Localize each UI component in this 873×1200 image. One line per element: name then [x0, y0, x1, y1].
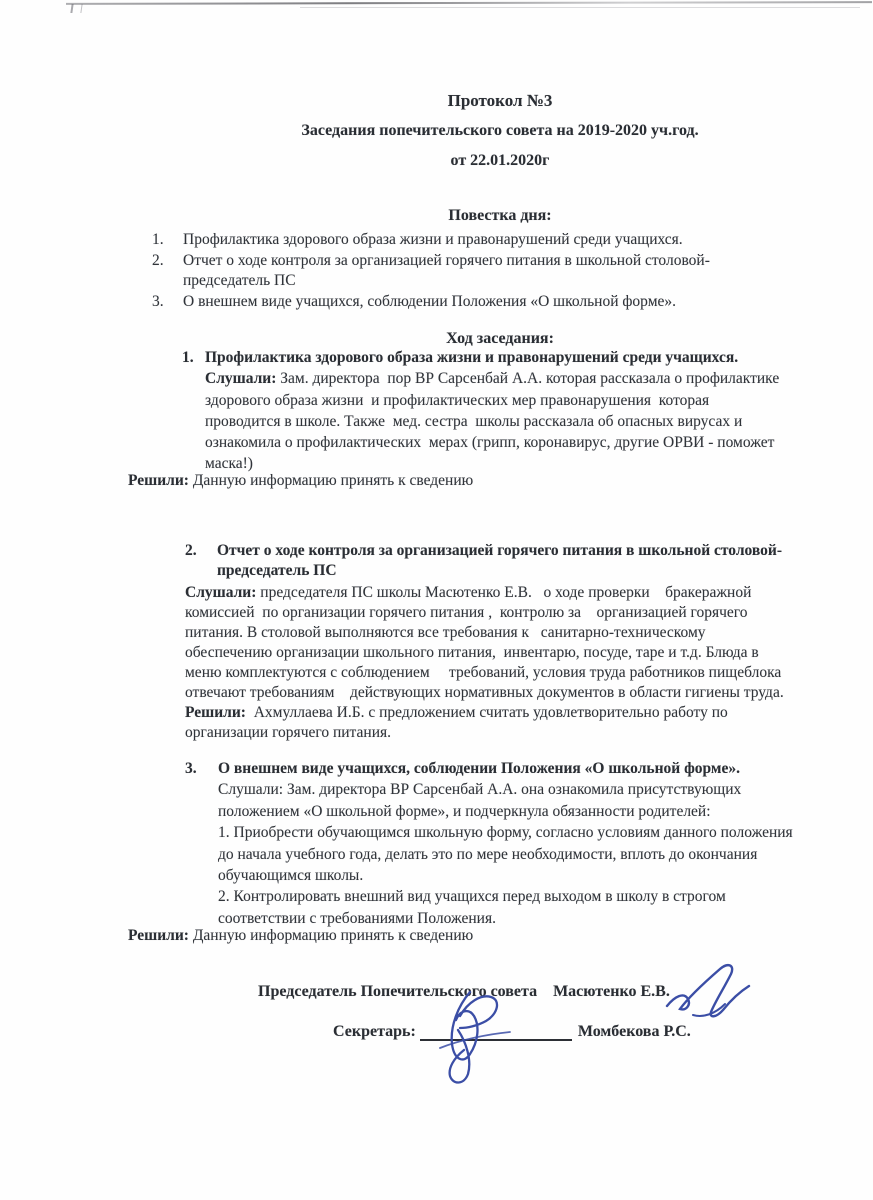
- agenda-item-2-number: 2.: [152, 251, 164, 272]
- chairman-label: Председатель Попечительского совета: [258, 983, 537, 1000]
- agenda-item-3: 3. О внешнем виде учащихся, соблюдении П…: [152, 292, 842, 313]
- agenda-heading: Повестка дня:: [130, 207, 870, 225]
- section-1-listened-paragraph: Слушали: Зам. директора пор ВР Сарсенбай…: [182, 368, 832, 474]
- section-3-decision: Решили: Данную информацию принять к свед…: [128, 927, 473, 945]
- agenda-item-3-text: О внешнем виде учащихся, соблюдении Поло…: [183, 293, 676, 310]
- proceedings-section-3: 3. О внешнем виде учащихся, соблюдении П…: [185, 758, 837, 929]
- secretary-signature-line: [420, 1021, 572, 1041]
- proceedings-heading: Ход заседания:: [130, 330, 870, 348]
- agenda-item-2: 2. Отчет о ходе контроля за организацией…: [152, 251, 842, 292]
- section-2-number: 2.: [185, 541, 197, 561]
- section-2-title: 2. Отчет о ходе контроля за организацией…: [185, 541, 840, 581]
- agenda-list: 1. Профилактика здорового образа жизни и…: [152, 230, 842, 312]
- scanned-protocol-page: Протокол №3 Заседания попечительского со…: [0, 0, 873, 1200]
- scan-artifact-top-line-2: [300, 7, 860, 8]
- section-3-title: 3. О внешнем виде учащихся, соблюдении П…: [185, 758, 837, 779]
- document-header: Протокол №3 Заседания попечительского со…: [130, 91, 870, 171]
- secretary-label: Секретарь:: [333, 1023, 416, 1041]
- scan-artifact-top-line: [66, 1, 872, 5]
- section-2-body-paragraph: Слушали: председателя ПС школы Масютенко…: [185, 583, 840, 743]
- section-3-number: 3.: [185, 758, 197, 779]
- scan-artifact-mark: [70, 4, 82, 13]
- section-1-decided-text: Данную информацию принять к сведению: [189, 472, 473, 489]
- section-3-decided-label: Решили:: [128, 927, 189, 944]
- section-1-listened-text: Зам. директора пор ВР Сарсенбай А.А. кот…: [205, 370, 779, 472]
- section-1-decision: Решили: Данную информацию принять к свед…: [128, 472, 473, 490]
- chairman-signature-row: Председатель Попечительского совета Масю…: [258, 983, 670, 1001]
- section-2-title-text: Отчет о ходе контроля за организацией го…: [217, 542, 782, 579]
- secretary-name: Момбекова Р.С.: [578, 1023, 691, 1041]
- agenda-item-1: 1. Профилактика здорового образа жизни и…: [152, 230, 842, 251]
- secretary-signature-row: Секретарь: Момбекова Р.С.: [333, 1021, 691, 1041]
- section-3-body-paragraph: Слушали: Зам. директора ВР Сарсенбай А.А…: [185, 779, 837, 929]
- section-1-decided-label: Решили:: [128, 472, 189, 489]
- agenda-item-3-number: 3.: [152, 292, 164, 313]
- section-1-number: 1.: [182, 347, 194, 368]
- proceedings-section-2: 2. Отчет о ходе контроля за организацией…: [185, 541, 840, 743]
- section-1-listened-label: Слушали:: [205, 370, 276, 387]
- section-3-title-text: О внешнем виде учащихся, соблюдении Поло…: [218, 760, 740, 777]
- agenda-item-2-text: Отчет о ходе контроля за организацией го…: [183, 252, 710, 290]
- agenda-item-1-number: 1.: [152, 230, 164, 251]
- section-3-decided-text: Данную информацию принять к сведению: [189, 927, 473, 944]
- protocol-date: от 22.01.2020г: [130, 151, 870, 171]
- protocol-subtitle: Заседания попечительского совета на 2019…: [130, 121, 870, 141]
- section-1-title-text: Профилактика здорового образа жизни и пр…: [205, 349, 738, 366]
- section-2-decided-text: Ахмуллаева И.Б. с предложением считать у…: [185, 704, 728, 741]
- section-1-title: 1. Профилактика здорового образа жизни и…: [182, 347, 832, 368]
- agenda-item-1-text: Профилактика здорового образа жизни и пр…: [183, 231, 683, 248]
- section-2-decided-label: Решили:: [185, 704, 246, 721]
- protocol-title: Протокол №3: [130, 91, 870, 111]
- chairman-handwritten-signature-icon: [663, 960, 755, 1026]
- proceedings-section-1: 1. Профилактика здорового образа жизни и…: [182, 347, 832, 475]
- chairman-name: Масютенко Е.В.: [553, 983, 670, 1000]
- section-2-listened-label: Слушали:: [185, 584, 256, 601]
- section-2-listened-text: председателя ПС школы Масютенко Е.В. о х…: [185, 584, 784, 701]
